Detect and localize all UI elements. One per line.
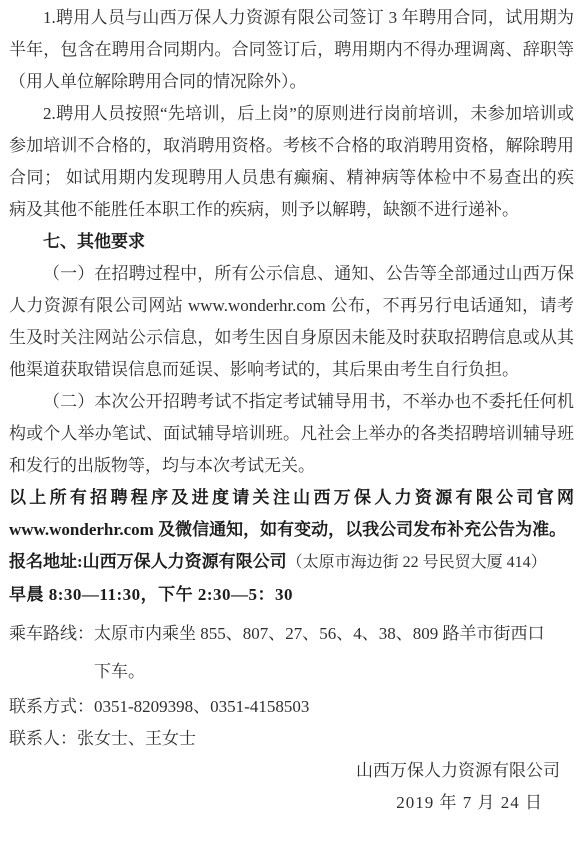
contact-phone-label: 联系方式： (9, 697, 94, 716)
bus-route-line: 乘车路线： 太原市内乘坐 855、807、27、56、4、38、809 路羊市街… (9, 615, 574, 691)
contact-person-names: 张女士、王女士 (77, 729, 196, 748)
contact-person-label: 联系人： (9, 729, 77, 748)
signature-company: 山西万保人力资源有限公司 (9, 755, 574, 787)
clause-2-paragraph: 2.聘用人员按照“先培训，后上岗”的原则进行岗前培训，未参加培训或参加培训不合格… (9, 98, 574, 226)
item-1-paragraph: （一）在招聘过程中，所有公示信息、通知、公告等全部通过山西万保人力资源有限公司网… (9, 258, 574, 386)
official-notice-paragraph: 以上所有招聘程序及进度请关注山西万保人力资源有限公司官网 www.wonderh… (9, 482, 574, 546)
registration-address-line: 报名地址:山西万保人力资源有限公司（太原市海边街 22 号民贸大厦 414） (9, 546, 574, 579)
contact-phone-line: 联系方式：0351-8209398、0351-4158503 (9, 691, 574, 723)
bus-route-text-line1: 太原市内乘坐 855、807、27、56、4、38、809 路羊市街西口 (94, 624, 545, 643)
registration-address-company: 山西万保人力资源有限公司 (83, 552, 287, 571)
registration-address-label: 报名地址: (9, 552, 83, 571)
office-hours-line: 早晨 8:30—11:30，下午 2:30—5：30 (9, 579, 574, 611)
contact-person-line: 联系人：张女士、王女士 (9, 723, 574, 755)
section-heading: 七、其他要求 (9, 226, 574, 258)
contact-phone-numbers: 0351-8209398、0351-4158503 (94, 697, 309, 716)
document-page: 1.聘用人员与山西万保人力资源有限公司签订 3 年聘用合同，试用期为半年，包含在… (0, 0, 583, 868)
bus-route-label: 乘车路线： (9, 615, 94, 691)
bus-route-text: 太原市内乘坐 855、807、27、56、4、38、809 路羊市街西口下车。 (94, 615, 574, 691)
signature-date: 2019 年 7 月 24 日 (9, 787, 574, 819)
bus-route-text-line2: 下车。 (94, 662, 145, 681)
item-2-paragraph: （二）本次公开招聘考试不指定考试辅导用书，不举办也不委托任何机构或个人举办笔试、… (9, 386, 574, 482)
registration-address-detail: （太原市海边街 22 号民贸大厦 414） (287, 554, 547, 571)
clause-1-paragraph: 1.聘用人员与山西万保人力资源有限公司签订 3 年聘用合同，试用期为半年，包含在… (9, 2, 574, 98)
